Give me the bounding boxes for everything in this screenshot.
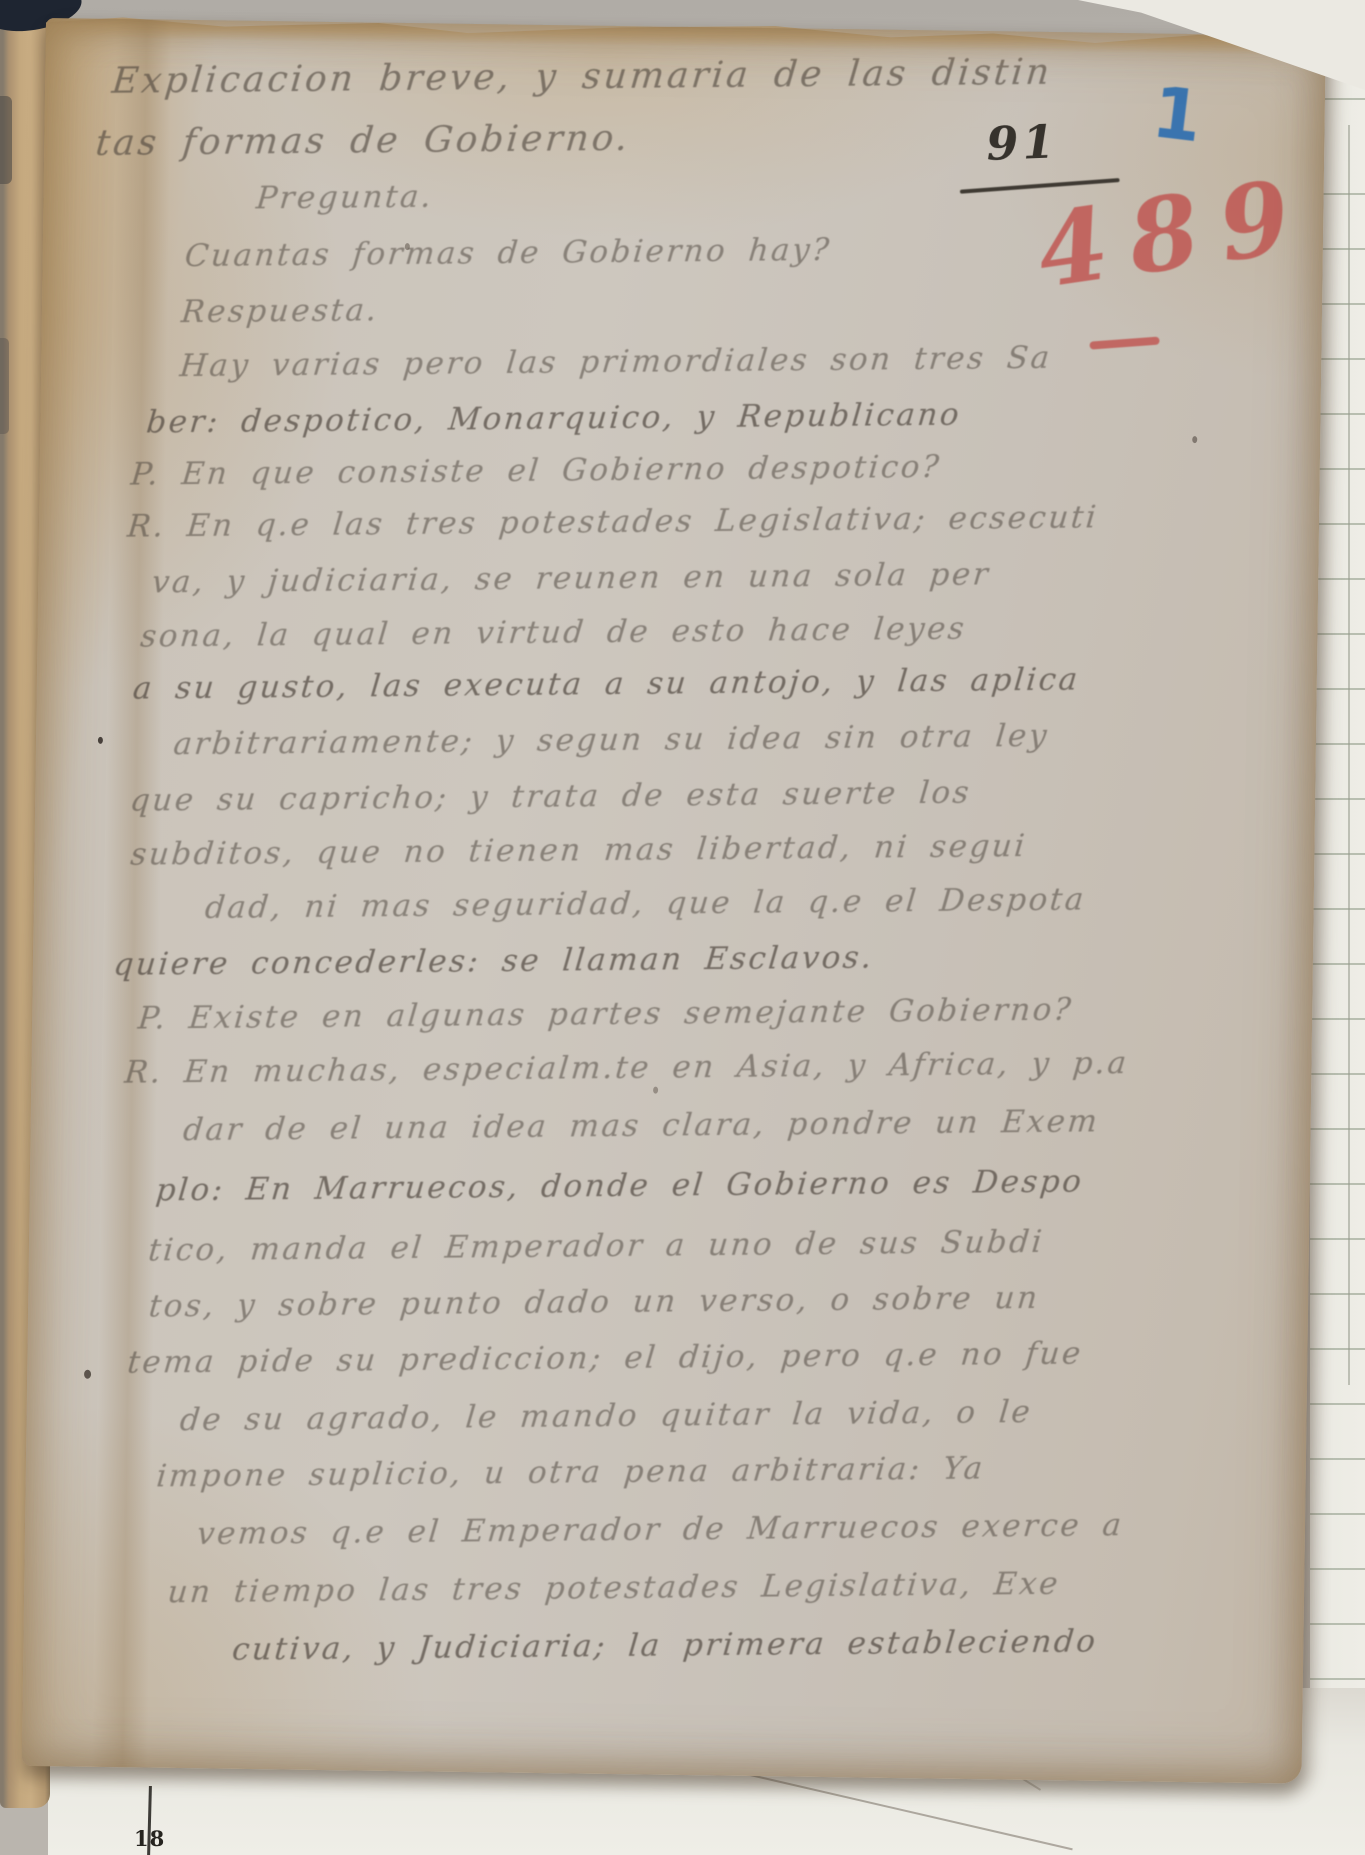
manuscript-line: tema pide su prediccion; el dijo, pero q… (126, 1335, 1085, 1380)
manuscript-line: Pregunta. (255, 179, 436, 217)
manuscript-line: Cuantas formas de Gobierno hay? (183, 232, 833, 274)
binding-shadow (0, 338, 9, 434)
manuscript-line: ber: despotico, Monarquico, y Republican… (145, 397, 963, 441)
manuscript-line: Hay varias pero las primordiales son tre… (178, 340, 1053, 384)
manuscript-line: un tiempo las tres potestades Legislativ… (166, 1566, 1062, 1611)
manuscript-line: Respuesta. (180, 292, 381, 330)
page-number: 91 (985, 114, 1059, 171)
manuscript-line: P. Existe en algunas partes semejante Go… (136, 992, 1074, 1037)
photograph-of-manuscript: { "annotations": { "page_number": "91", … (0, 0, 1365, 1855)
manuscript-line: vemos q.e el Emperador de Marruecos exer… (195, 1507, 1125, 1552)
manuscript-line: arbitrariamente; y segun su idea sin otr… (172, 718, 1051, 762)
manuscript-line: P. En que consiste el Gobierno despotico… (129, 449, 943, 493)
manuscript-line: de su agrado, le mando quitar la vida, o… (178, 1394, 1034, 1438)
manuscript-line: impone suplicio, u otra pena arbitraria:… (155, 1450, 987, 1494)
manuscript-line: R. En muchas, especialm.te en Asia, y Af… (123, 1045, 1130, 1091)
manuscript-line: sona, la qual en virtud de esto hace ley… (139, 611, 968, 655)
manuscript-line: dar de el una idea mas clara, pondre un … (182, 1103, 1102, 1148)
manuscript-line: tas formas de Gobierno. (94, 118, 632, 164)
ruled-page-crease-line (1348, 125, 1350, 1385)
manuscript-line: va, y judiciaria, se reunen en una sola … (150, 556, 992, 600)
blue-pencil-mark: 1 (1148, 71, 1206, 158)
manuscript-line: plo: En Marruecos, donde el Gobierno es … (154, 1163, 1085, 1208)
manuscript-line: dad, ni mas seguridad, que la q.e el Des… (203, 881, 1087, 925)
manuscript-line: R. En q.e las tres potestades Legislativ… (126, 499, 1100, 544)
binding-shadow (0, 96, 12, 184)
manuscript-line: que su capricho; y trata de esta suerte … (128, 775, 973, 819)
sheet-number: 18 (134, 1826, 165, 1851)
manuscript-line: cutiva, y Judiciaria; la primera estable… (231, 1623, 1100, 1667)
manuscript-line: subditos, que no tienen mas libertad, ni… (129, 828, 1029, 873)
manuscript-page: Explicacion breve, y sumaria de las dist… (22, 18, 1326, 1784)
manuscript-line: tico, manda el Emperador a uno de sus Su… (147, 1224, 1046, 1269)
manuscript-line: tos, y sobre punto dado un verso, o sobr… (147, 1280, 1041, 1325)
manuscript-line: Explicacion breve, y sumaria de las dist… (110, 52, 1054, 102)
manuscript-line: quiere concederles: se llaman Esclavos. (112, 939, 876, 982)
manuscript-line: a su gusto, las executa a su antojo, y l… (131, 661, 1081, 706)
